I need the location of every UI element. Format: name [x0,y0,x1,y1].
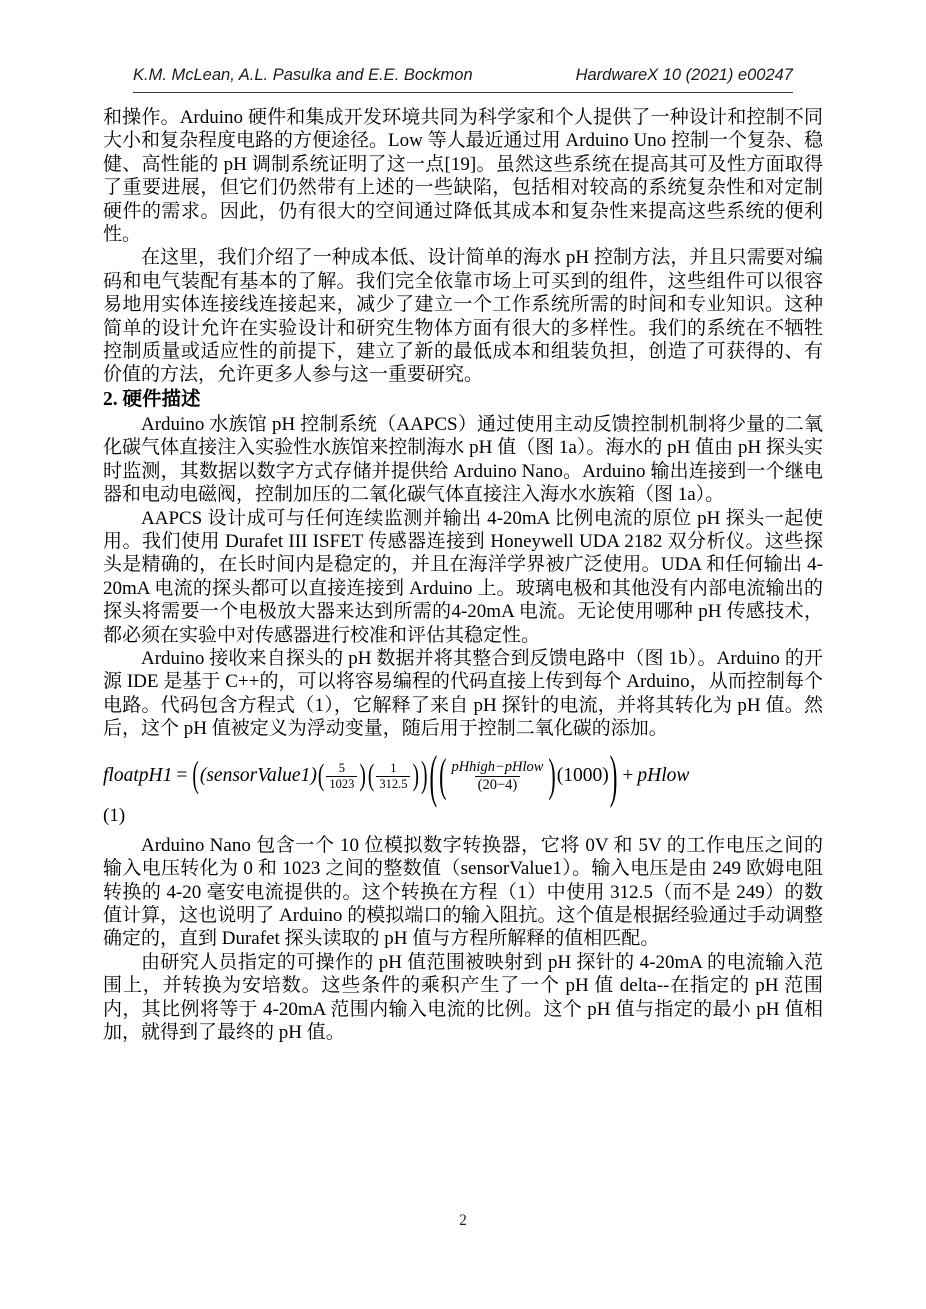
fraction-numerator: pHhigh−pHlow [448,759,546,776]
text-column: 和操作。Arduino 硬件和集成开发环境共同为科学家和个人提供了一种设计和控制… [103,106,823,1044]
paragraph: 在这里，我们介绍了一种成本低、设计简单的海水 pH 控制方法，并且只需要对编码和… [103,246,823,386]
equals-sign: = [176,765,187,787]
document-page: K.M. McLean, A.L. Pasulka and E.E. Bockm… [0,0,926,1309]
paragraph: 和操作。Arduino 硬件和集成开发环境共同为科学家和个人提供了一种设计和控制… [103,106,823,246]
fraction-denominator: 312.5 [376,776,410,792]
multiplier-term: (1000) [557,765,609,787]
close-paren-large: ) [420,758,429,795]
paragraph: Arduino 接收来自探头的 pH 数据并将其整合到反馈电路中（图 1b）。A… [103,647,823,741]
equation-1: floatpH1 = ( (sensorValue1) ( 5 1023 ) (… [103,759,823,795]
page-number: 2 [0,1212,926,1230]
sensor-value-term: (sensorValue1) [200,765,317,787]
fraction-numerator: 1 [387,761,399,776]
open-paren-medium: ( [367,761,376,791]
equation-lhs: floatpH1 [103,765,172,787]
fraction-denominator: 1023 [326,776,357,792]
paragraph: Arduino 水族馆 pH 控制系统（AAPCS）通过使用主动反馈控制机制将少… [103,413,823,507]
plus-sign: + [622,765,633,787]
fraction-1-312: 1 312.5 [376,761,410,792]
open-paren-tall: ( [438,753,447,799]
section-heading: 2. 硬件描述 [103,388,823,412]
open-paren-medium: ( [317,761,326,791]
fraction-denominator: (20−4) [475,776,521,794]
fraction-numerator: 5 [336,761,348,776]
close-paren-xlarge: ) [609,747,619,806]
paragraph: AAPCS 设计成可与任何连续监测并输出 4-20mA 比例电流的原位 pH 探… [103,507,823,647]
close-paren-tall: ) [547,753,556,799]
close-paren-medium: ) [358,761,367,791]
open-paren-xlarge: ( [428,747,438,806]
ph-low-term: pHlow [637,765,689,787]
header-journal-citation: HardwareX 10 (2021) e00247 [576,66,793,85]
equation-number: (1) [103,804,823,827]
running-header: K.M. McLean, A.L. Pasulka and E.E. Bockm… [133,66,793,93]
header-authors: K.M. McLean, A.L. Pasulka and E.E. Bockm… [133,66,473,85]
fraction-ph-range: pHhigh−pHlow (20−4) [448,759,546,795]
paragraph: Arduino Nano 包含一个 10 位模拟数字转换器，它将 0V 和 5V… [103,834,823,951]
paragraph: 由研究人员指定的可操作的 pH 值范围被映射到 pH 探针的 4-20mA 的电… [103,951,823,1045]
open-paren-large: ( [191,758,200,795]
fraction-5-1023: 5 1023 [326,761,357,792]
close-paren-medium: ) [411,761,420,791]
